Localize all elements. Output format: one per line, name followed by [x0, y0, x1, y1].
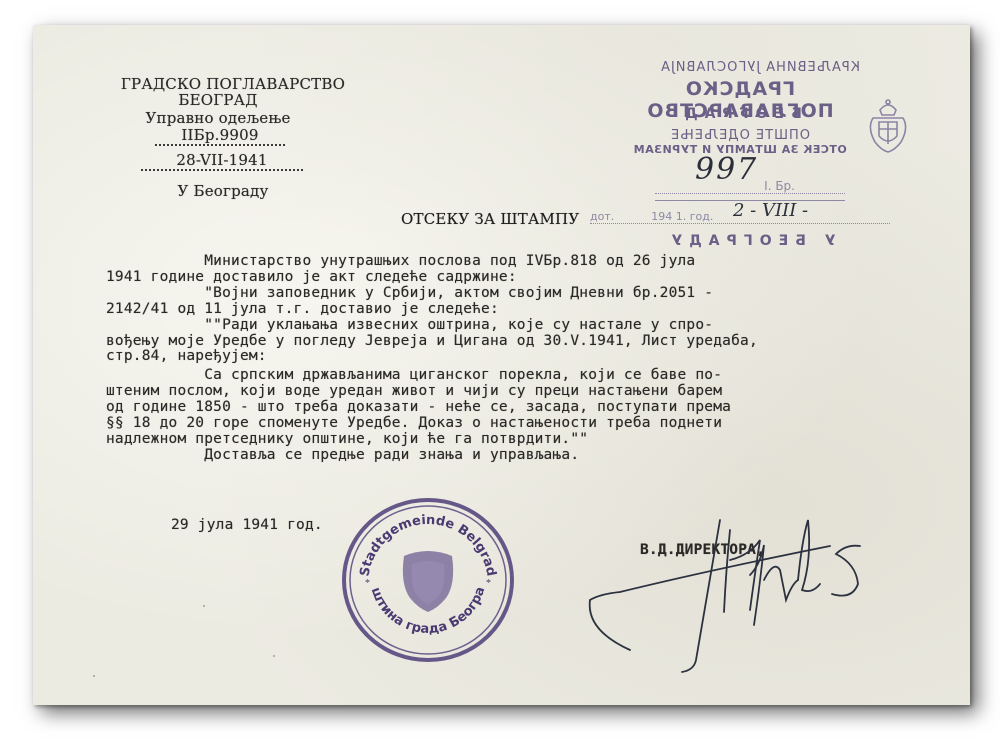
received-stamp-line4: ОПШТЕ ОДЕЉЕЊЕ: [615, 128, 865, 143]
received-stamp: КРАЉЕВИНА ЈУГОСЛАВИЈА ГРАДСКО ПОГЛАВАРСТ…: [615, 60, 905, 230]
signature: [580, 500, 900, 680]
body-line: штеним послом, који воде уредан живот и …: [106, 383, 966, 399]
body-line: надлежном претседнику општине, који ће г…: [106, 431, 966, 447]
svg-text:*: *: [486, 578, 491, 589]
paper-speck: [273, 655, 275, 657]
coat-of-arms-icon: [865, 98, 911, 154]
body-line: 2142/41 од 11 јула т.г. доставио је след…: [106, 301, 966, 317]
letterhead-line2: БЕОГРАД: [113, 91, 323, 109]
round-stamp: Stadtgemeinde Belgrad Општина града Беог…: [338, 492, 518, 664]
body-line: "Војни заповедник у Србији, актом својим…: [106, 285, 966, 301]
body-line: §§ 18 до 20 горе споменуте Уредбе. Доказ…: [106, 415, 966, 431]
received-stamp-place: У БЕОГРАДУ: [615, 233, 885, 249]
body-line: Доставља се предње ради знања и управљањ…: [106, 447, 966, 463]
paper-speck: [93, 675, 95, 677]
received-stamp-date: 2 - VIII -: [733, 200, 808, 221]
letterhead-date: 28-VII-1941: [141, 151, 303, 171]
svg-text:*: *: [365, 578, 370, 589]
body-line: вођењу моје Уредбе у погледу Јевреја и Ц…: [106, 333, 966, 349]
addressee: ОТСЕКУ ЗА ШТАМПУ: [401, 210, 579, 228]
closing-date: 29 јула 1941 год.: [171, 517, 323, 533]
body-line: 1941 године доставило је акт следеће сад…: [106, 269, 966, 285]
body-line: Министарство унутрашњих послова под IVБр…: [106, 253, 966, 269]
letterhead-reference: IIБр.9909: [155, 126, 285, 146]
body-line: ""Ради уклањања извесних оштрина, које с…: [106, 317, 966, 333]
shield-icon: [403, 551, 453, 612]
paper-speck: [203, 605, 205, 607]
received-stamp-line3: БЕОГРАД: [615, 106, 865, 122]
letterhead-line3: Управно одељење: [108, 109, 328, 127]
body-line: стр.84, наређујем:: [106, 348, 966, 364]
body-line: Са српским држављанима циганског порекла…: [106, 367, 966, 383]
letterhead-place: У Београду: [133, 182, 313, 200]
received-stamp-line1: КРАЉЕВИНА ЈУГОСЛАВИЈА: [615, 60, 905, 75]
body-line: од године 1850 - што треба доказати - не…: [106, 399, 966, 415]
document-paper: ГРАДСКО ПОГЛАВАРСТВО БЕОГРАД Управно оде…: [33, 25, 970, 705]
received-stamp-number: 997: [695, 152, 758, 187]
